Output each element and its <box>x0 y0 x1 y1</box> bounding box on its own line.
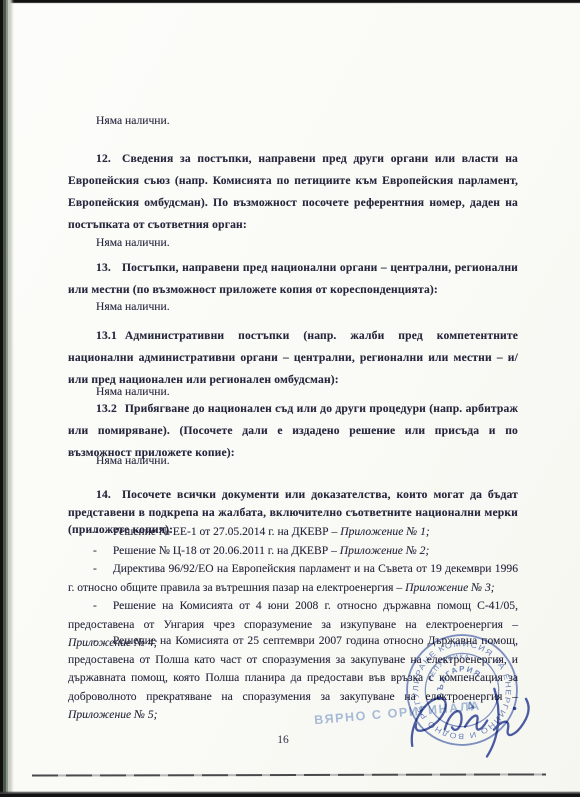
attachment-annex-ref: Приложение № 3; <box>405 581 495 594</box>
bullet-dash: - <box>93 562 113 575</box>
handwritten-signature <box>395 673 548 778</box>
section-13-text: Постъпки, направени пред национални орга… <box>68 261 518 296</box>
section-12-number: 12. <box>96 152 122 165</box>
bullet-dash: - <box>93 544 113 557</box>
scan-edge-bottom <box>0 791 580 797</box>
attachment-item-1: -Решение № ЕЕ-1 от 27.05.2014 г. на ДКЕВ… <box>68 523 518 542</box>
page-number: 16 <box>0 734 566 746</box>
bullet-dash: - <box>93 599 113 612</box>
section-12-text: Сведения за постъпки, направени пред дру… <box>68 152 518 231</box>
attachment-annex-ref: Приложение № 5; <box>68 708 158 721</box>
bullet-dash: - <box>93 634 113 647</box>
attachment-annex-ref: Приложение № 2; <box>340 544 430 557</box>
section-14-number: 14. <box>96 488 122 501</box>
attachment-annex-ref: Приложение № 1; <box>340 525 430 538</box>
bullet-dash: - <box>93 525 113 538</box>
no-records-line: Няма налични. <box>68 232 518 254</box>
section-13-1-text: Административни постъпки (напр. жалби пр… <box>68 329 518 386</box>
section-13-2-number: 13.2 <box>96 402 125 415</box>
attachment-text: Решение № ЕЕ-1 от 27.05.2014 г. на ДКЕВР… <box>113 525 340 538</box>
no-records-line: Няма налични. <box>68 110 518 132</box>
section-12-paragraph: 12.Сведения за постъпки, направени пред … <box>68 148 518 236</box>
section-13-1-number: 13.1 <box>96 329 125 342</box>
scan-edge-left <box>0 0 14 797</box>
attachment-text: Решение № Ц-18 от 20.06.2011 г. на ДКЕВР… <box>113 544 340 557</box>
scan-edge-top <box>0 0 580 4</box>
no-records-line: Няма налични. <box>68 450 518 472</box>
no-records-line: Няма налични. <box>68 296 518 318</box>
attachment-item-2: -Решение № Ц-18 от 20.06.2011 г. на ДКЕВ… <box>68 542 518 561</box>
section-13-number: 13. <box>96 261 122 274</box>
attachment-item-3: -Директива 96/92/ЕО на Европейския парла… <box>68 560 518 597</box>
section-13-paragraph: 13.Постъпки, направени пред национални о… <box>68 257 518 301</box>
scanned-document-page: Няма налични. 12.Сведения за постъпки, н… <box>0 0 580 797</box>
